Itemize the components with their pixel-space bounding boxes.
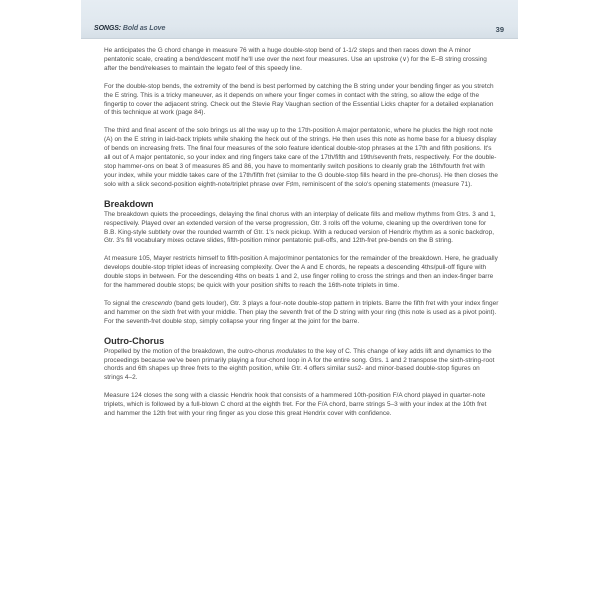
article-body: He anticipates the G chord change in mea… (104, 47, 499, 428)
emphasis-modulates: modulates (276, 348, 306, 355)
book-page: SONGS: Bold as Love 39 He anticipates th… (81, 0, 518, 600)
emphasis-crescendo: crescendo (142, 300, 172, 307)
paragraph-breakdown-2: At measure 105, Mayer restricts himself … (104, 255, 499, 291)
paragraph-breakdown-1: The breakdown quiets the proceedings, de… (104, 211, 499, 247)
running-head-title: SONGS: Bold as Love (94, 25, 165, 32)
song-title: Bold as Love (123, 25, 165, 32)
text-run: To signal the (104, 300, 142, 307)
paragraph-outro-2: Measure 124 closes the song with a class… (104, 392, 499, 419)
section-heading-breakdown: Breakdown (104, 199, 499, 210)
paragraph-outro-1: Propelled by the motion of the breakdown… (104, 348, 499, 384)
paragraph-intro-3: The third and final ascent of the solo b… (104, 127, 499, 189)
paragraph-intro-1: He anticipates the G chord change in mea… (104, 47, 499, 74)
paragraph-breakdown-crescendo: To signal the crescendo (band gets loude… (104, 300, 499, 327)
section-label: SONGS: (94, 25, 121, 32)
text-run: Propelled by the motion of the breakdown… (104, 348, 276, 355)
page-number: 39 (496, 25, 504, 34)
running-header: SONGS: Bold as Love 39 (81, 0, 518, 39)
section-heading-outro-chorus: Outro-Chorus (104, 336, 499, 347)
paragraph-intro-2: For the double-stop bends, the extremity… (104, 83, 499, 119)
